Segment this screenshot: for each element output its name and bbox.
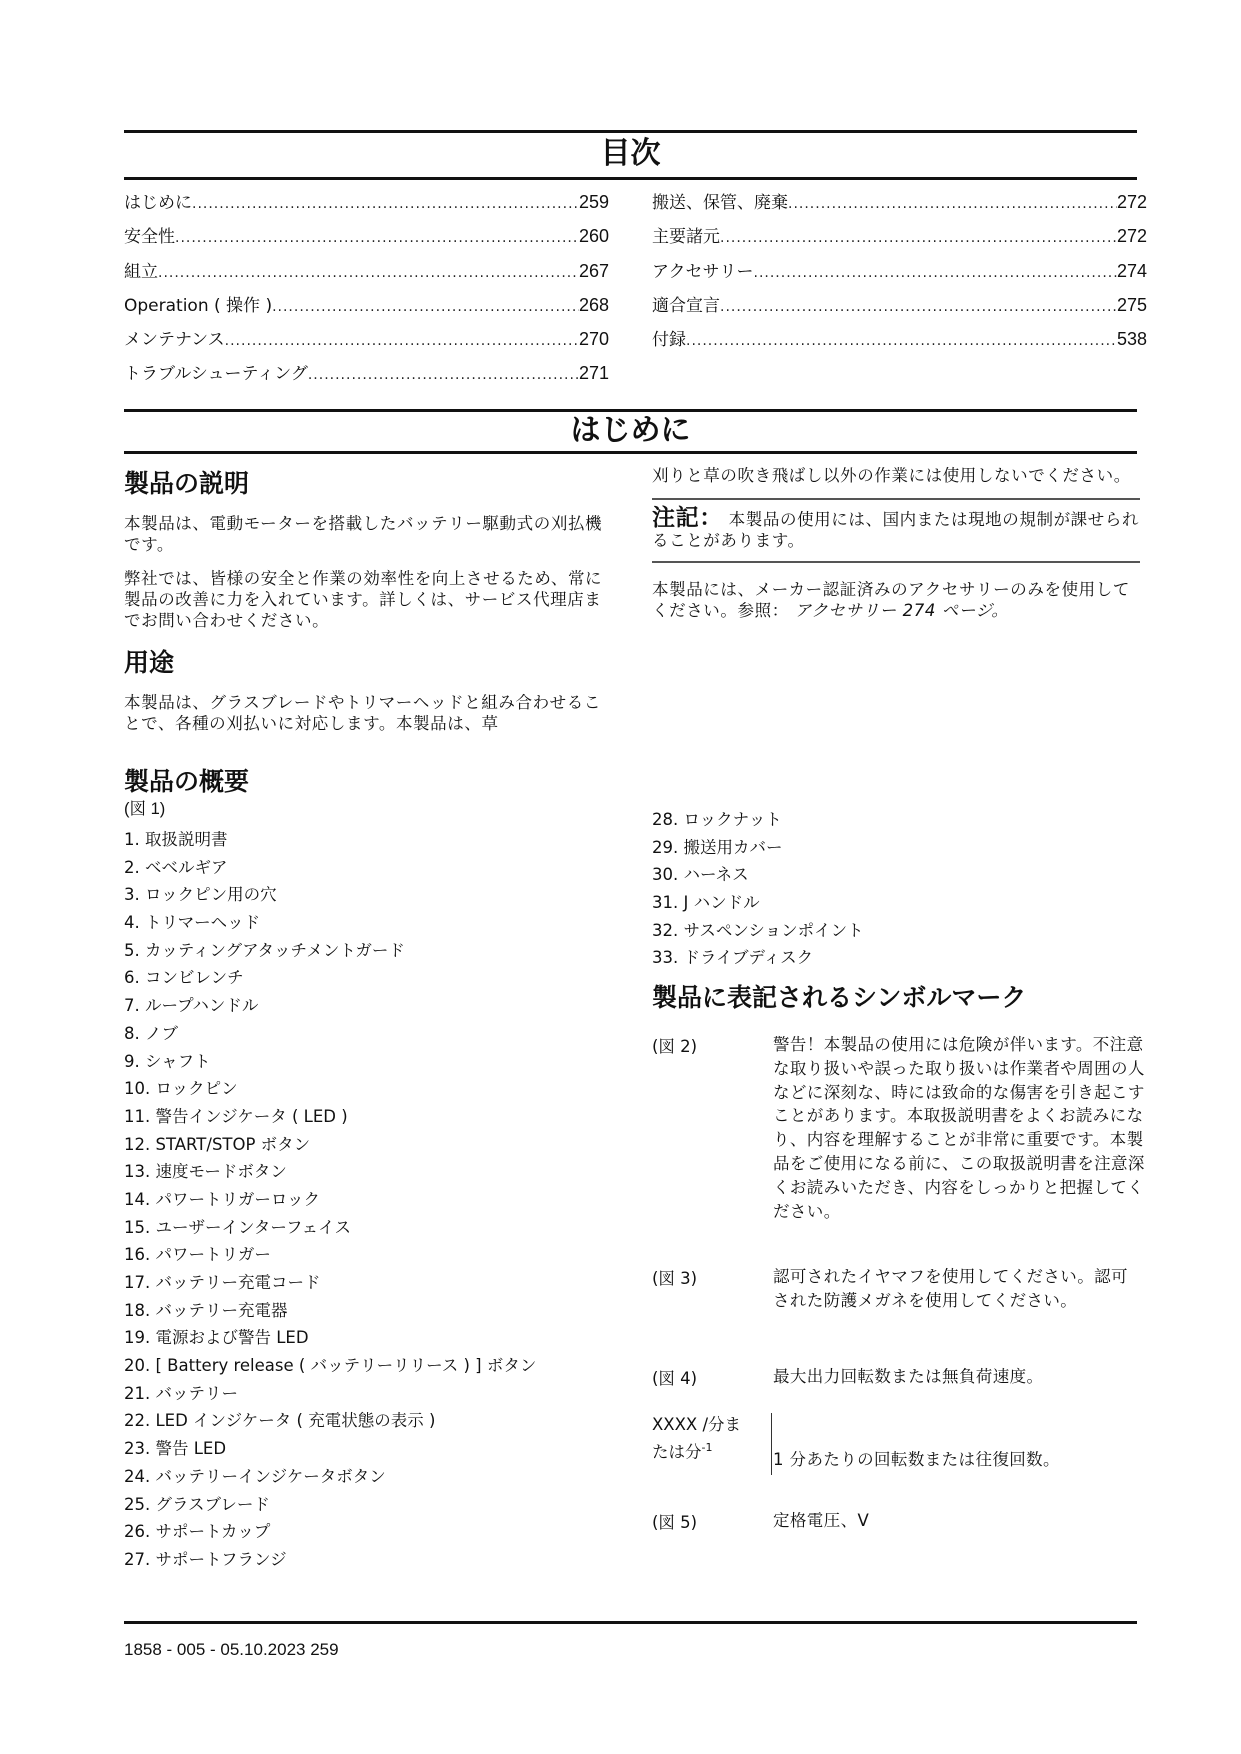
toc-entry-specifications[interactable]: 主要諸元....................................… bbox=[652, 222, 1147, 256]
toc-entry-appendix[interactable]: 付録......................................… bbox=[652, 325, 1147, 359]
overview-list-item: 31. J ハンドル bbox=[652, 889, 1140, 917]
symbol-desc-max-speed: 最大出力回転数または無負荷速度。 bbox=[773, 1365, 1153, 1389]
overview-list-continued: 28. ロックナット29. 搬送用カバー30. ハーネス31. J ハンドル32… bbox=[652, 806, 1140, 1014]
toc-entry-transport[interactable]: 搬送、保管、廃棄................................… bbox=[652, 188, 1147, 222]
figure-ref-2: (図 2) bbox=[652, 1033, 762, 1057]
heading-product-description: 製品の説明 bbox=[124, 468, 612, 500]
overview-list-item: 3. ロックピン用の穴 bbox=[124, 881, 612, 909]
overview-list-item: 4. トリマーヘッド bbox=[124, 909, 612, 937]
overview-list-item: 2. ベベルギア bbox=[124, 854, 612, 882]
toc-entry-troubleshooting[interactable]: トラブルシューティング.............................… bbox=[124, 359, 609, 393]
figure-ref-5: (図 5) bbox=[652, 1509, 762, 1533]
toc-right-column: 搬送、保管、廃棄................................… bbox=[652, 188, 1147, 359]
overview-list-item: 15. ユーザーインターフェイス bbox=[124, 1214, 612, 1242]
overview-list-item: 27. サポートフランジ bbox=[124, 1546, 612, 1574]
toc-entry-accessories[interactable]: アクセサリー..................................… bbox=[652, 257, 1147, 291]
product-description-p2: 弊社では、皆様の安全と作業の効率性を向上させるため、常に製品の改善に力を入れてい… bbox=[124, 568, 612, 631]
overview-list-item: 30. ハーネス bbox=[652, 861, 1140, 889]
overview-list-item: 18. バッテリー充電器 bbox=[124, 1297, 612, 1325]
overview-list-item: 6. コンビレンチ bbox=[124, 964, 612, 992]
right-column: 刈りと草の吹き飛ばし以外の作業には使用しないでください。 注記： 本製品の使用に… bbox=[652, 465, 1140, 621]
overview-list-item: 12. START/STOP ボタン bbox=[124, 1131, 612, 1159]
toc-entry-declaration[interactable]: 適合宣言....................................… bbox=[652, 291, 1147, 325]
footer-rule bbox=[124, 1621, 1137, 1624]
figure-ref-3: (図 3) bbox=[652, 1265, 762, 1289]
overview-list-item: 32. サスペンションポイント bbox=[652, 917, 1140, 945]
note-label: 注記： bbox=[652, 505, 723, 531]
toc-entry-operation[interactable]: Operation ( 操作 )........................… bbox=[124, 291, 609, 325]
overview-list-item: 26. サポートカップ bbox=[124, 1518, 612, 1546]
overview-list-item: 33. ドライブディスク bbox=[652, 944, 1140, 972]
figure-ref-1: (図 1) bbox=[124, 798, 612, 820]
toc-title: 目次 bbox=[124, 136, 1137, 172]
toc-top-rule bbox=[124, 130, 1137, 133]
overview-list-item: 7. ループハンドル bbox=[124, 992, 612, 1020]
accessories-link[interactable]: アクセサリー 274 ページ。 bbox=[795, 601, 1009, 620]
intended-use-p1: 本製品は、グラスブレードやトリマーヘッドと組み合わせることで、各種の刈払いに対応… bbox=[124, 692, 612, 734]
toc-entry-safety[interactable]: 安全性.....................................… bbox=[124, 222, 609, 256]
footer-text: 1858 - 005 - 05.10.2023 259 bbox=[124, 1640, 339, 1660]
overview-list-item: 21. バッテリー bbox=[124, 1380, 612, 1408]
symbol-desc-rpm: 1 分あたりの回転数または往復回数。 bbox=[773, 1448, 1153, 1472]
overview-list-item: 5. カッティングアタッチメントガード bbox=[124, 937, 612, 965]
overview-list-item: 13. 速度モードボタン bbox=[124, 1158, 612, 1186]
overview-list-item: 24. バッテリーインジケータボタン bbox=[124, 1463, 612, 1491]
intro-title: はじめに bbox=[124, 413, 1137, 449]
overview-list-item: 10. ロックピン bbox=[124, 1075, 612, 1103]
toc-entry-maintenance[interactable]: メンテナンス..................................… bbox=[124, 325, 609, 359]
overview-list-item: 17. バッテリー充電コード bbox=[124, 1269, 612, 1297]
overview-list-item: 23. 警告 LED bbox=[124, 1435, 612, 1463]
overview-list-item: 16. パワートリガー bbox=[124, 1241, 612, 1269]
intended-use-continued: 刈りと草の吹き飛ばし以外の作業には使用しないでください。 bbox=[652, 465, 1140, 486]
product-description-p1: 本製品は、電動モーターを搭載したバッテリー駆動式の刈払機です。 bbox=[124, 513, 612, 555]
overview-list-item: 25. グラスブレード bbox=[124, 1491, 612, 1519]
overview-list-item: 11. 警告インジケータ ( LED ) bbox=[124, 1103, 612, 1131]
toc-entry-introduction[interactable]: はじめに....................................… bbox=[124, 188, 609, 222]
overview-list-item: 9. シャフト bbox=[124, 1048, 612, 1076]
overview-list-item: 14. パワートリガーロック bbox=[124, 1186, 612, 1214]
overview-list-item: 20. [ Battery release ( バッテリーリリース ) ] ボタ… bbox=[124, 1352, 612, 1380]
intro-top-rule bbox=[124, 409, 1137, 412]
toc-left-column: はじめに....................................… bbox=[124, 188, 609, 394]
symbol-desc-protection: 認可されたイヤマフを使用してください。認可された防護メガネを使用してください。 bbox=[773, 1265, 1143, 1313]
accessories-paragraph: 本製品には、メーカー認証済みのアクセサリーのみを使用してください。参照： アクセ… bbox=[652, 579, 1140, 621]
overview-section: 製品の概要 (図 1) 1. 取扱説明書2. ベベルギア3. ロックピン用の穴4… bbox=[124, 766, 612, 1574]
overview-list-item: 29. 搬送用カバー bbox=[652, 834, 1140, 862]
toc-bottom-rule bbox=[124, 177, 1137, 180]
overview-list-item: 22. LED インジケータ ( 充電状態の表示 ) bbox=[124, 1407, 612, 1435]
heading-symbols: 製品に表記されるシンボルマーク bbox=[652, 982, 1140, 1014]
overview-list-item: 8. ノブ bbox=[124, 1020, 612, 1048]
symbol-desc-voltage: 定格電圧、V bbox=[773, 1509, 1153, 1533]
overview-list-item: 28. ロックナット bbox=[652, 806, 1140, 834]
intro-bottom-rule bbox=[124, 451, 1137, 454]
figure-ref-4: (図 4) bbox=[652, 1365, 762, 1389]
rpm-divider bbox=[771, 1413, 772, 1475]
heading-product-overview: 製品の概要 bbox=[124, 766, 612, 798]
note-text: 本製品の使用には、国内または現地の規制が課せられることがあります。 bbox=[652, 510, 1139, 550]
toc-entry-assembly[interactable]: 組立......................................… bbox=[124, 257, 609, 291]
heading-intended-use: 用途 bbox=[124, 647, 612, 679]
note-box: 注記： 本製品の使用には、国内または現地の規制が課せられることがあります。 bbox=[652, 498, 1140, 563]
rpm-label: XXXX /分または分-1 bbox=[652, 1413, 756, 1464]
symbol-desc-warning: 警告！本製品の使用には危険が伴います。不注意な取り扱いや誤った取り扱いは作業者や… bbox=[773, 1033, 1153, 1223]
overview-list: 1. 取扱説明書2. ベベルギア3. ロックピン用の穴4. トリマーヘッド5. … bbox=[124, 826, 612, 1574]
left-column: 製品の説明 本製品は、電動モーターを搭載したバッテリー駆動式の刈払機です。 弊社… bbox=[124, 468, 612, 734]
overview-list-item: 19. 電源および警告 LED bbox=[124, 1324, 612, 1352]
overview-list-item: 1. 取扱説明書 bbox=[124, 826, 612, 854]
